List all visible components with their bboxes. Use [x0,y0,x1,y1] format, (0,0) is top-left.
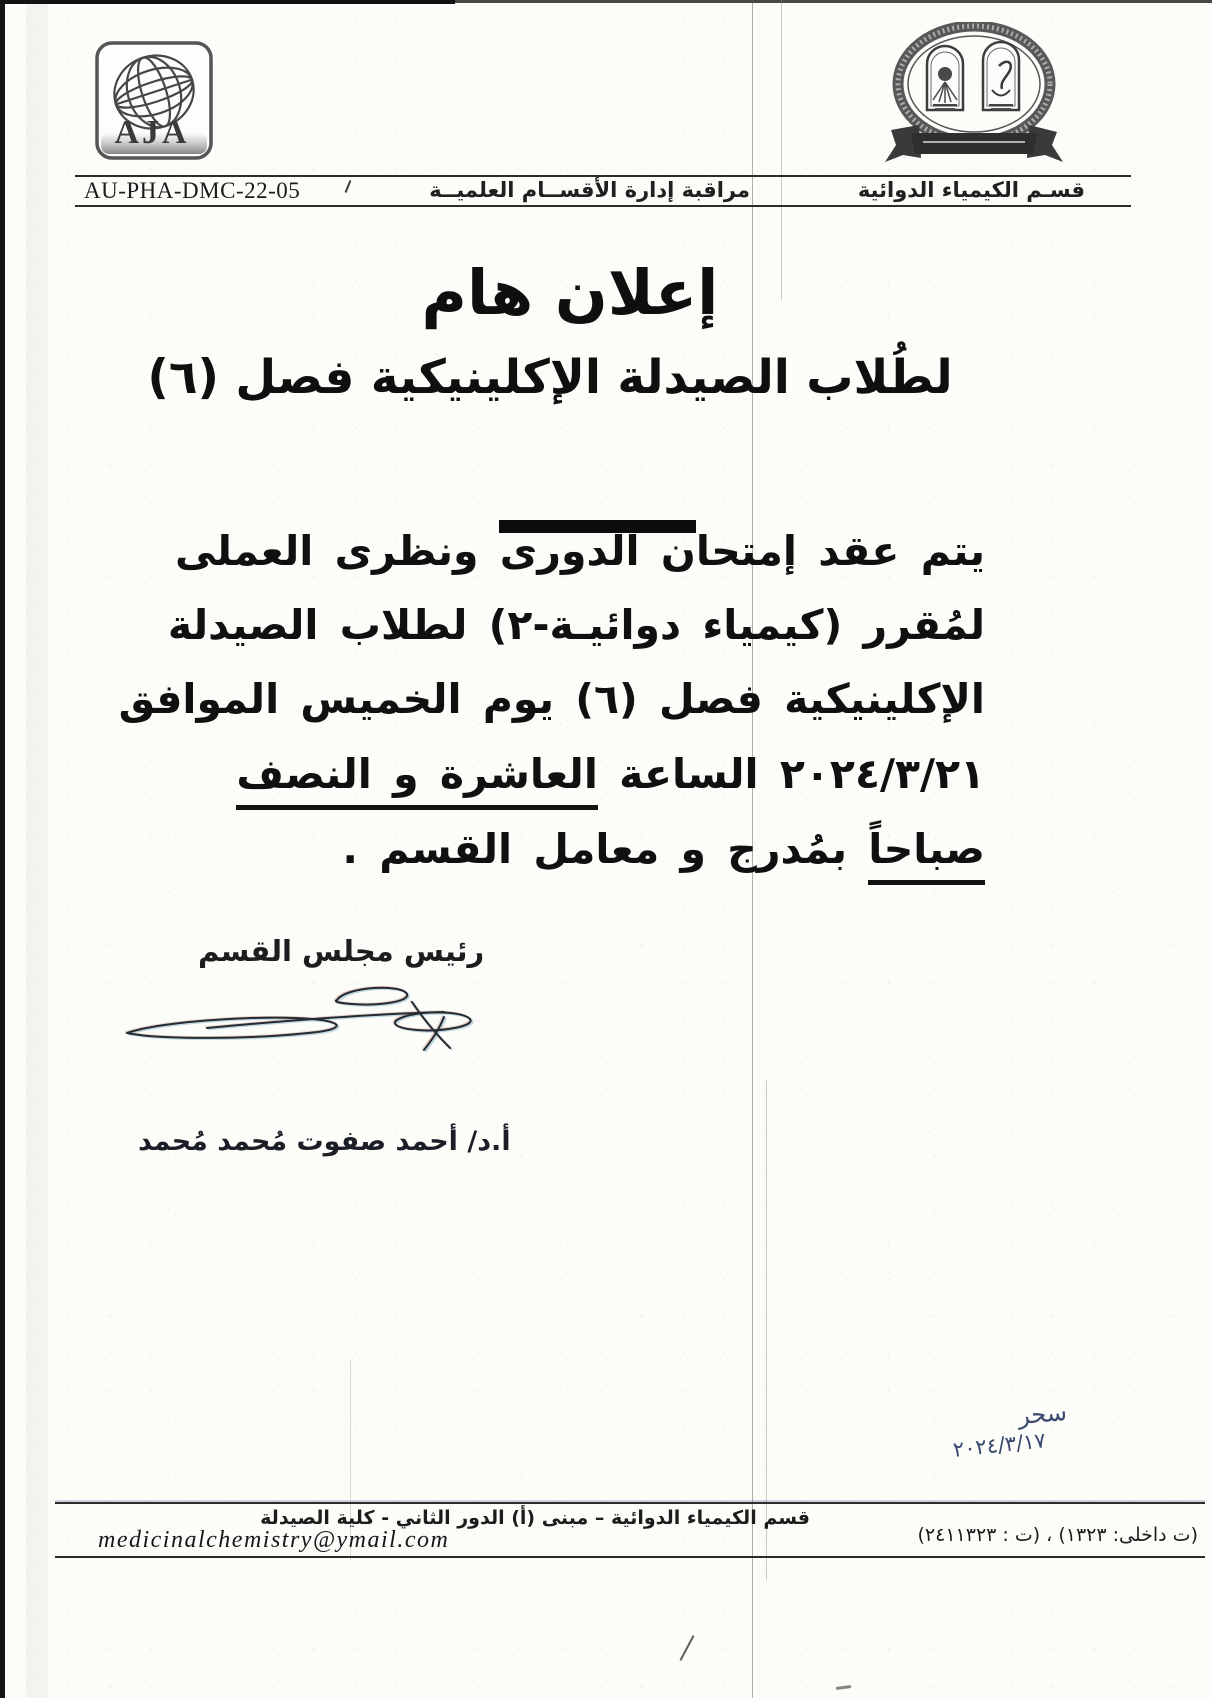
announcement-subtitle: لطُلاب الصيدلة الإكلينيكية فصل (٦) [90,350,1010,405]
signature-name: أ.د/ أحمد صفوت مُحمد مُحمد [138,1126,511,1157]
footer-email: medicinalchemistry@ymail.com [98,1527,449,1554]
scan-artifact-pen-tick [345,180,352,193]
footer-rule-bottom [55,1556,1205,1558]
scan-artifact-fold-line [781,0,782,300]
scanned-announcement-page: AJA AU-PHA-DMC-22-05 مراقبة إدارة الأ [0,0,1212,1698]
underlined-time-phrase: العاشرة و النصف [236,750,597,810]
signature-role: رئيس مجلس القسم [198,934,484,968]
header-center-title: مراقبة إدارة الأقســام العلميــة [450,178,750,202]
scan-artifact-top-edge-dark [0,0,455,4]
body-line-3: الإكلينيكية فصل (٦) يوم الخميس الموافق [119,675,985,723]
footer-address: قسم الكيمياء الدوائية – مبنى (أ) الدور ا… [320,1507,810,1529]
handwritten-name: سحر [1017,1398,1068,1430]
scan-artifact-diagonal-mark [680,1635,695,1661]
body-line-1: يتم عقد إمتحان الدورى ونظرى العملى [175,527,985,575]
header-rule-top [75,175,1131,177]
handwritten-date: ٢٠٢٤/٣/١٧ [895,1428,1047,1468]
footer-phones: (ت داخلى: ١٣٢٣) ، (ت : ٢٤١١٣٢٣) [918,1524,1199,1546]
header-department-title: قسـم الكيمياء الدوائية [875,178,1085,202]
aja-certification-logo-icon: AJA [94,40,215,162]
footer-rule-top [55,1502,1205,1504]
underlined-morning-word: صباحاً [868,825,985,885]
body-line-5: صباحاً بمُدرج و معامل القسم . [342,825,985,873]
aja-logo-text: AJA [114,114,189,151]
header-rule-bottom [75,205,1131,207]
body-line-4: ٢٠٢٤/٣/٢١ الساعة العاشرة و النصف [236,750,985,798]
scan-artifact-smudge [836,1685,851,1690]
scan-artifact-left-edge [0,0,5,1698]
exam-date: ٢٠٢٤/٣/٢١ [780,750,985,798]
scan-artifact-gray-band [26,0,48,1698]
handwritten-signature [112,972,507,1060]
faculty-seal-icon [883,22,1065,168]
scan-artifact-fold-line [766,1080,767,1580]
body-line-2: لمُقرر (كيمياء دوائيـة-٢) لطلاب الصيدلة [168,601,985,649]
announcement-title: إعلان هام [160,256,980,329]
document-code: AU-PHA-DMC-22-05 [84,178,300,204]
